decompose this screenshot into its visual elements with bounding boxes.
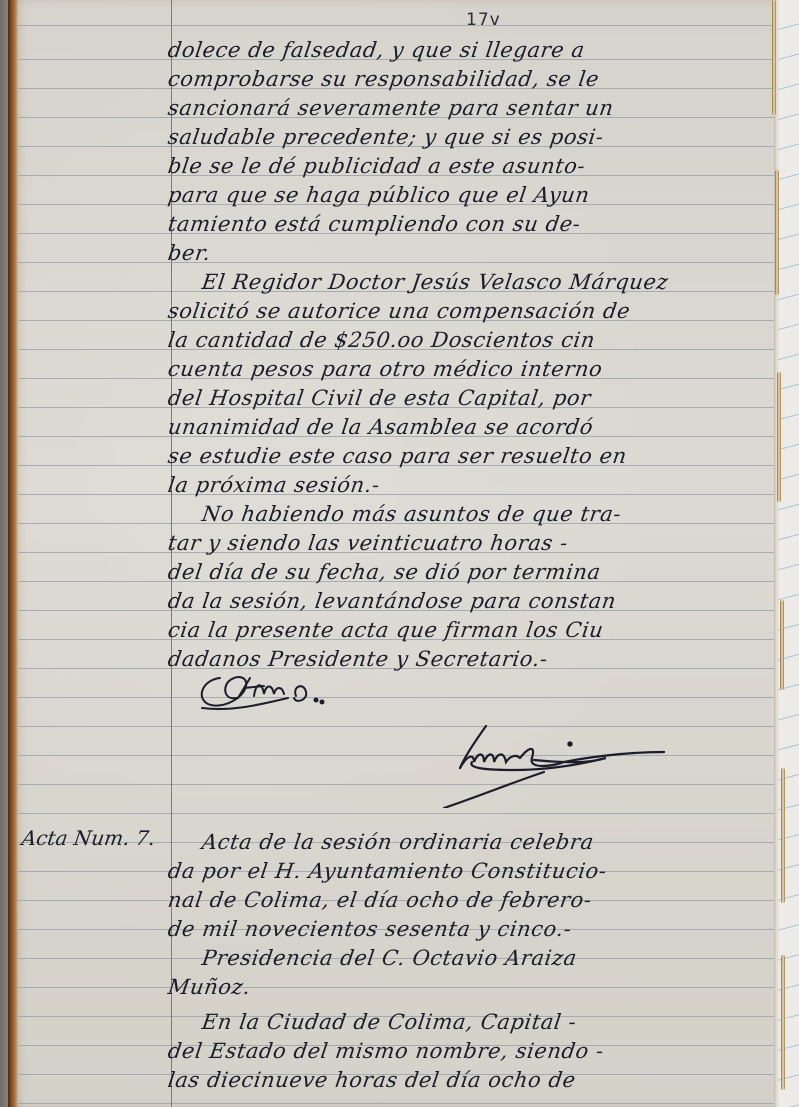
text-line: las diecinueve horas del día ocho de: [166, 1066, 770, 1095]
text-line: da por el H. Ayuntamiento Constitucio-: [166, 857, 770, 886]
folio-number: 17v: [466, 10, 501, 30]
acta-body: En la Ciudad de Colima, Capital - del Es…: [166, 1008, 766, 1095]
text-line: ber.: [166, 239, 770, 268]
regidor-paragraph: El Regidor Doctor Jesús Velasco Márquez …: [166, 268, 766, 500]
binding-staple: [775, 170, 779, 295]
text-line: sancionará severamente para sentar un: [166, 94, 770, 123]
closing-paragraph: No habiendo más asuntos de que tra- tar …: [166, 500, 766, 674]
text-line: cuenta pesos para otro médico interno: [166, 355, 770, 384]
text-line: la cantidad de $250.oo Doscientos cin: [166, 326, 770, 355]
text-line: tamiento está cumpliendo con su de-: [166, 210, 770, 239]
text-line: se estudie este caso para ser resuelto e…: [166, 442, 770, 471]
text-line: da la sesión, levantándose para constan: [166, 587, 770, 616]
next-page-sliver: [778, 0, 799, 1107]
president-signature: [192, 668, 352, 714]
binding-staple: [772, 0, 776, 115]
text-line: del Estado del mismo nombre, siendo -: [166, 1037, 770, 1066]
text-line: nal de Colima, el día ocho de febrero-: [166, 886, 770, 915]
text-line: El Regidor Doctor Jesús Velasco Márquez: [166, 268, 770, 297]
text-line: No habiendo más asuntos de que tra-: [166, 500, 770, 529]
text-line: la próxima sesión.-: [166, 471, 770, 500]
binding-staple: [777, 372, 781, 502]
acta-heading: Acta de la sesión ordinaria celebra da p…: [166, 828, 766, 944]
binding-staple: [780, 600, 784, 690]
text-line: del Hospital Civil de esta Capital, por: [166, 384, 770, 413]
text-line: cia la presente acta que firman los Ciu: [166, 616, 770, 645]
presidency-line: Presidencia del C. Octavio Araiza Muñoz.: [166, 944, 766, 1002]
binding-staple: [781, 955, 785, 1090]
text-line: Muñoz.: [166, 973, 770, 1002]
text-line: solicitó se autorice una compensación de: [166, 297, 770, 326]
acta-number-label: Acta Num. 7.: [20, 826, 156, 850]
text-line: saludable precedente; y que si es posi-: [166, 123, 770, 152]
text-line: dolece de falsedad, y que si llegare a: [166, 36, 770, 65]
text-line: Presidencia del C. Octavio Araiza: [166, 944, 770, 973]
text-line: comprobarse su responsabilidad, se le: [166, 65, 770, 94]
continued-paragraph: dolece de falsedad, y que si llegare a c…: [166, 36, 766, 268]
text-line: En la Ciudad de Colima, Capital -: [166, 1008, 770, 1037]
text-line: ble se le dé publicidad a este asunto-: [166, 152, 770, 181]
text-line: de mil novecientos sesenta y cinco.-: [166, 915, 770, 944]
binding-edge: [8, 0, 18, 1107]
text-line: unanimidad de la Asamblea se acordó: [166, 413, 770, 442]
text-line: tar y siendo las veinticuatro horas -: [166, 529, 770, 558]
secretary-signature: [424, 718, 684, 808]
binding-staple: [781, 768, 785, 903]
text-line: para que se haga público que el Ayun: [166, 181, 770, 210]
text-line: del día de su fecha, se dió por termina: [166, 558, 770, 587]
text-line: Acta de la sesión ordinaria celebra: [166, 828, 770, 857]
